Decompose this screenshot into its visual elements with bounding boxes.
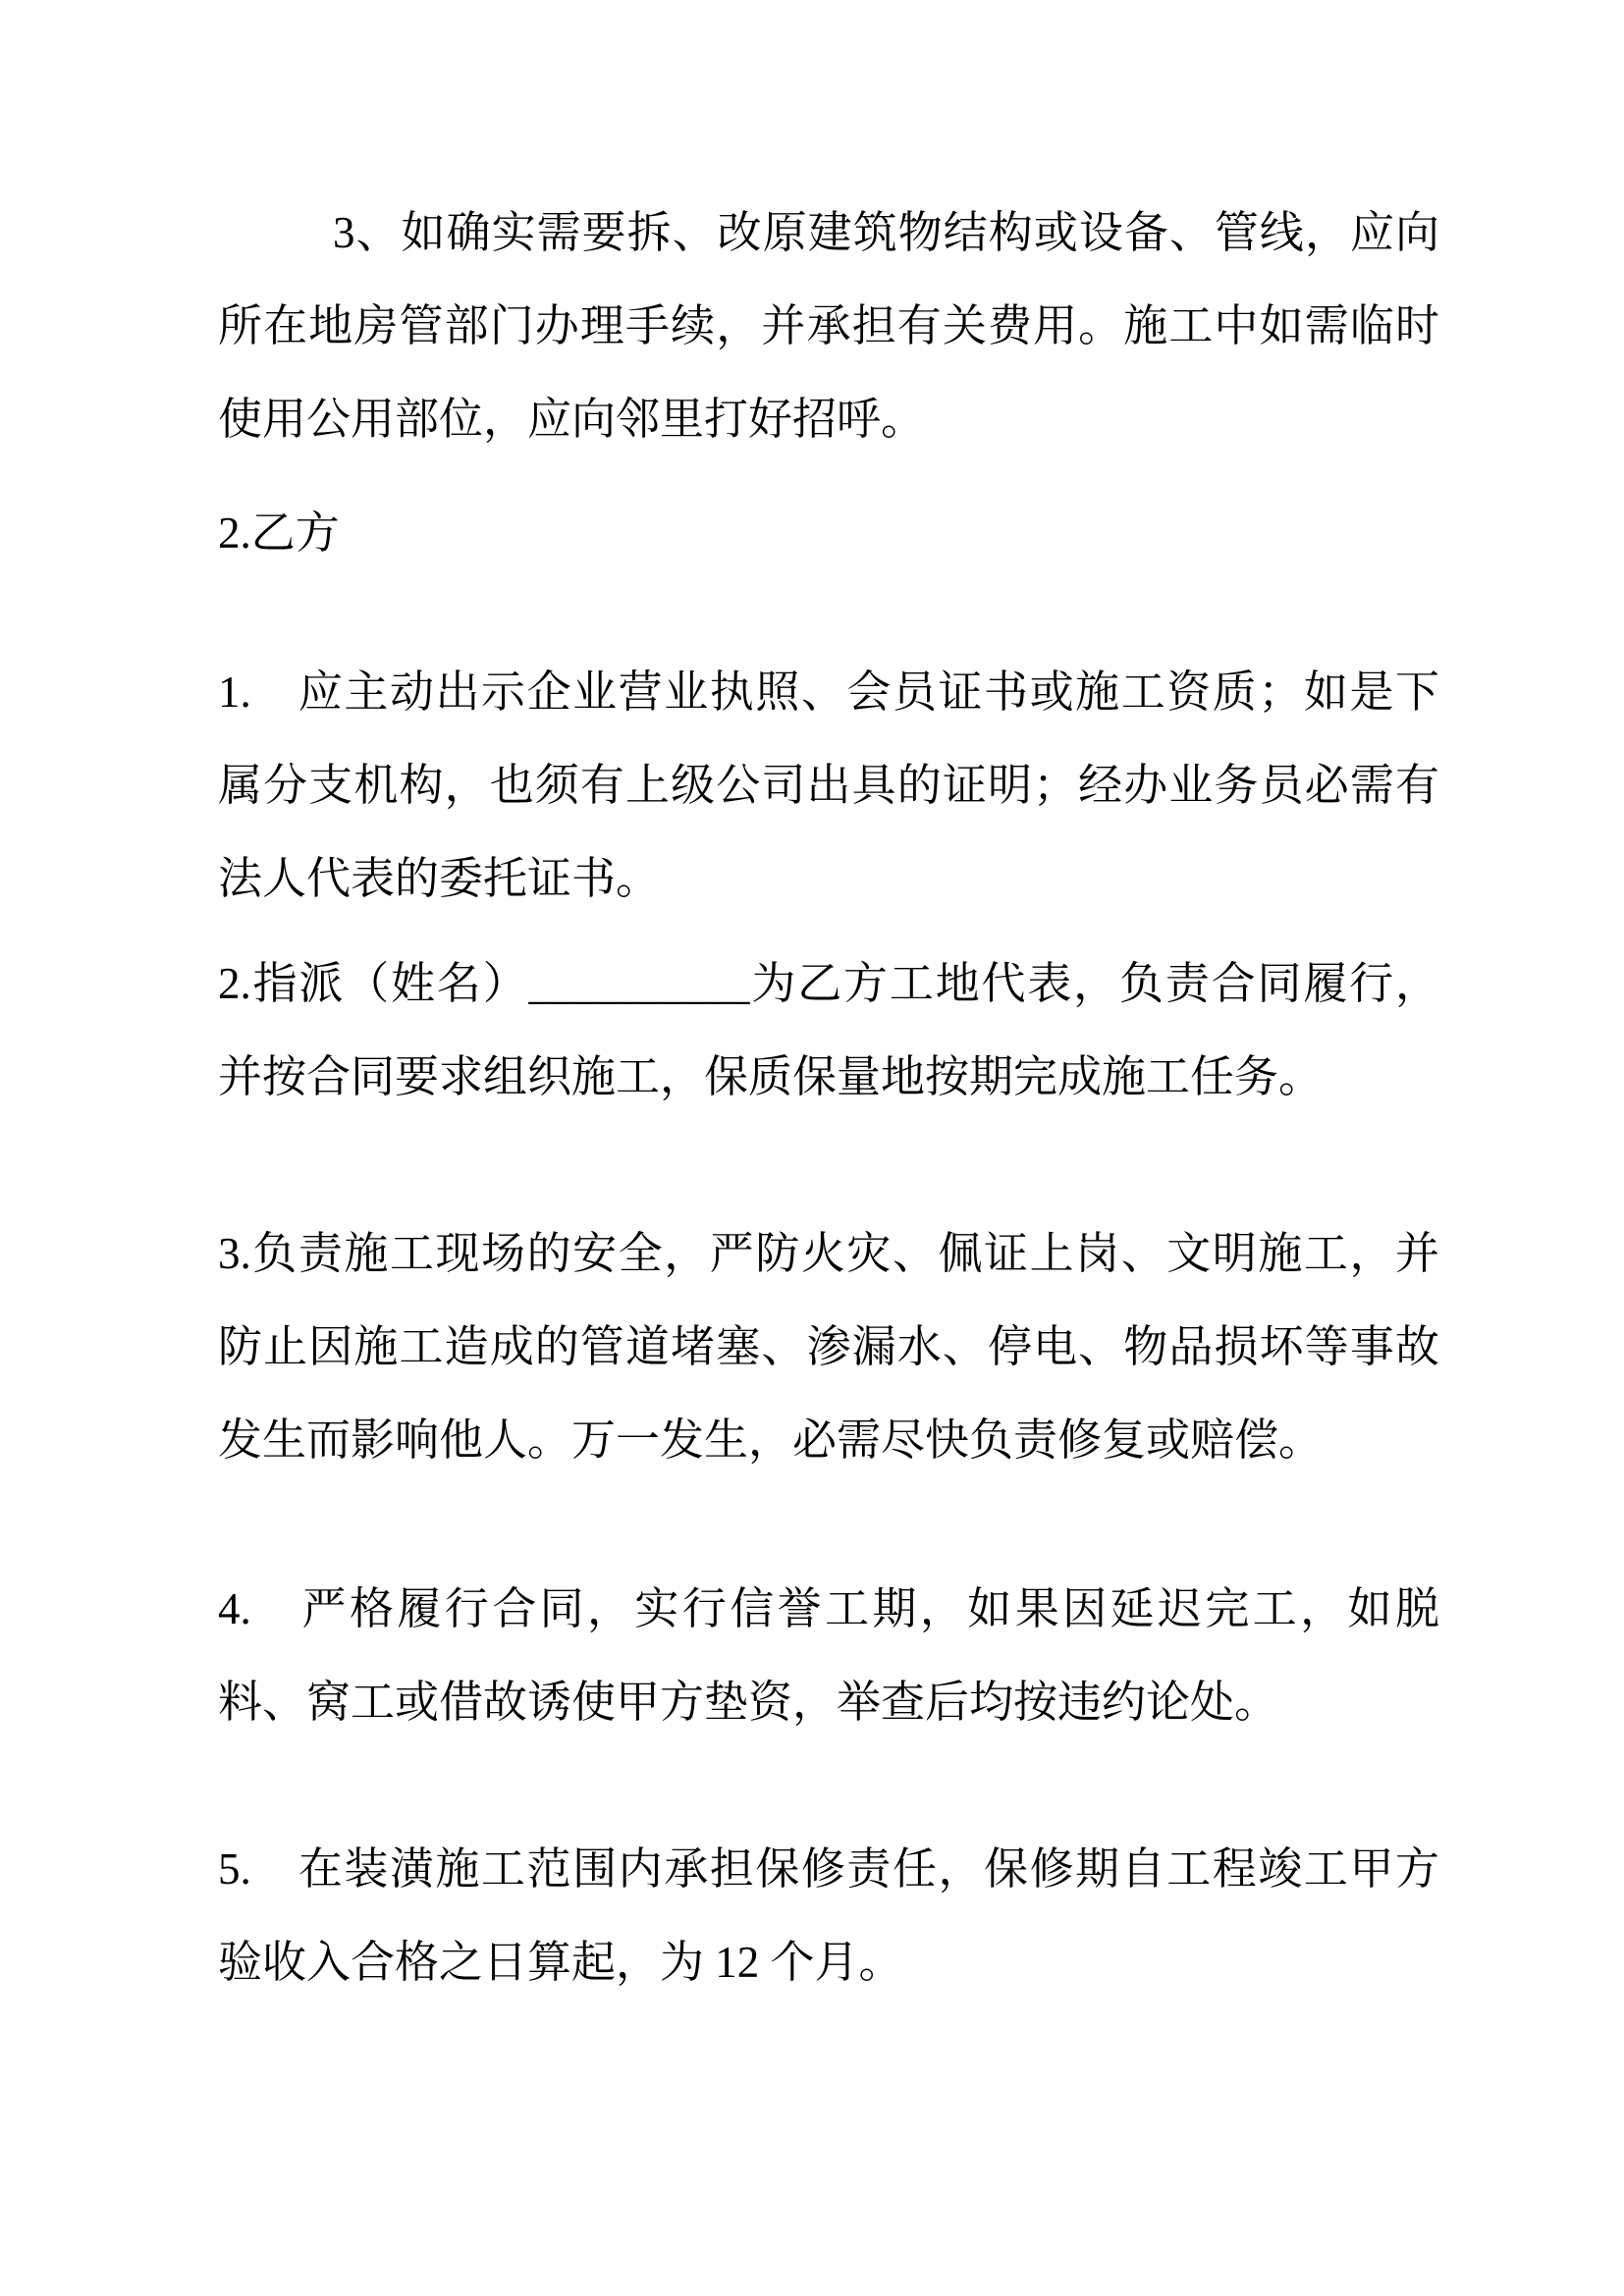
document-page: 3、如确实需要拆、改原建筑物结构或设备、管线，应向所在地房管部门办理手续，并承担…	[0, 0, 1624, 2296]
paragraph-clause-3-party-b: 3.负责施工现场的安全，严防火灾、佩证上岗、文明施工，并防止因施工造成的管道堵塞…	[218, 1207, 1439, 1487]
paragraph-clause-4-party-b: 4. 严格履行合同，实行信誉工期，如果因延迟完工，如脱料、窝工或借故诱使甲方垫资…	[218, 1563, 1439, 1749]
paragraph-clause-1-party-b: 1. 应主动出示企业营业执照、会员证书或施工资质；如是下属分支机构，也须有上级公…	[218, 646, 1439, 926]
section-heading-party-b: 2.乙方	[218, 487, 1439, 580]
document-body: 3、如确实需要拆、改原建筑物结构或设备、管线，应向所在地房管部门办理手续，并承担…	[218, 187, 1439, 2009]
paragraph-clause-2-party-b-with-name-blank: 2.指派（姓名）__________为乙方工地代表，负责合同履行，并按合同要求组…	[218, 937, 1439, 1124]
paragraph-clause-3-party-a: 3、如确实需要拆、改原建筑物结构或设备、管线，应向所在地房管部门办理手续，并承担…	[218, 187, 1439, 466]
paragraph-clause-5-party-b: 5. 在装潢施工范围内承担保修责任，保修期自工程竣工甲方验收入合格之日算起，为 …	[218, 1823, 1439, 2009]
